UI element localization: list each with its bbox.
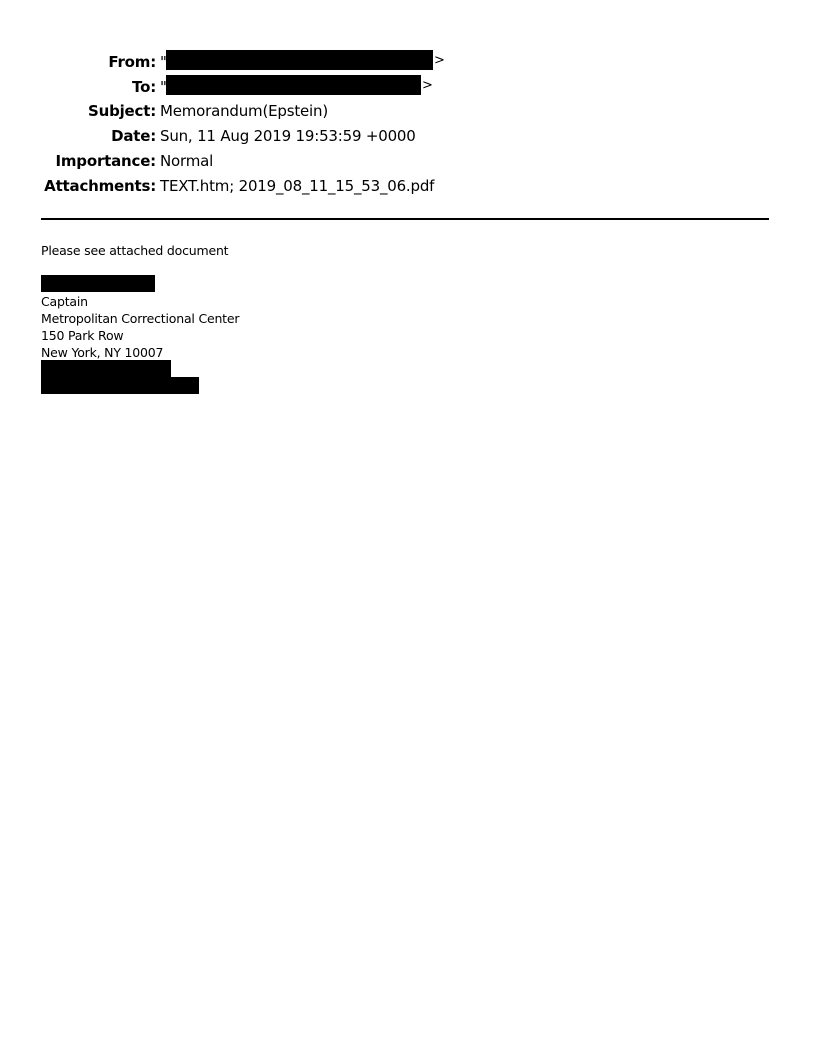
importance-label: Importance: <box>56 149 157 173</box>
attachments-label: Attachments: <box>44 174 156 198</box>
signature-org: Metropolitan Correctional Center <box>41 310 239 327</box>
subject-value: Memorandum(Epstein) <box>160 99 328 123</box>
signature-address-line1: 150 Park Row <box>41 327 123 344</box>
date-value: Sun, 11 Aug 2019 19:53:59 +0000 <box>160 124 416 148</box>
signature-contact-redaction-2 <box>41 377 199 394</box>
signature-contact-redaction-1 <box>41 360 171 378</box>
importance-value: Normal <box>160 149 213 173</box>
attachments-row: Attachments: TEXT.htm; 2019_08_11_15_53_… <box>0 174 816 198</box>
signature-name-redaction <box>41 275 155 292</box>
message-text: Please see attached document <box>41 242 228 259</box>
from-suffix: > <box>434 53 445 68</box>
to-label: To: <box>132 75 156 99</box>
from-label: From: <box>108 50 156 74</box>
to-suffix: > <box>422 78 433 93</box>
date-label: Date: <box>111 124 156 148</box>
attachments-value: TEXT.htm; 2019_08_11_15_53_06.pdf <box>160 174 434 198</box>
to-redaction <box>166 75 421 95</box>
date-row: Date: Sun, 11 Aug 2019 19:53:59 +0000 <box>0 124 816 148</box>
subject-row: Subject: Memorandum(Epstein) <box>0 99 816 123</box>
signature-address-line2: New York, NY 10007 <box>41 344 163 361</box>
subject-label: Subject: <box>88 99 156 123</box>
from-redaction <box>166 50 433 70</box>
importance-row: Importance: Normal <box>0 149 816 173</box>
header-divider <box>41 218 769 220</box>
signature-title: Captain <box>41 293 88 310</box>
